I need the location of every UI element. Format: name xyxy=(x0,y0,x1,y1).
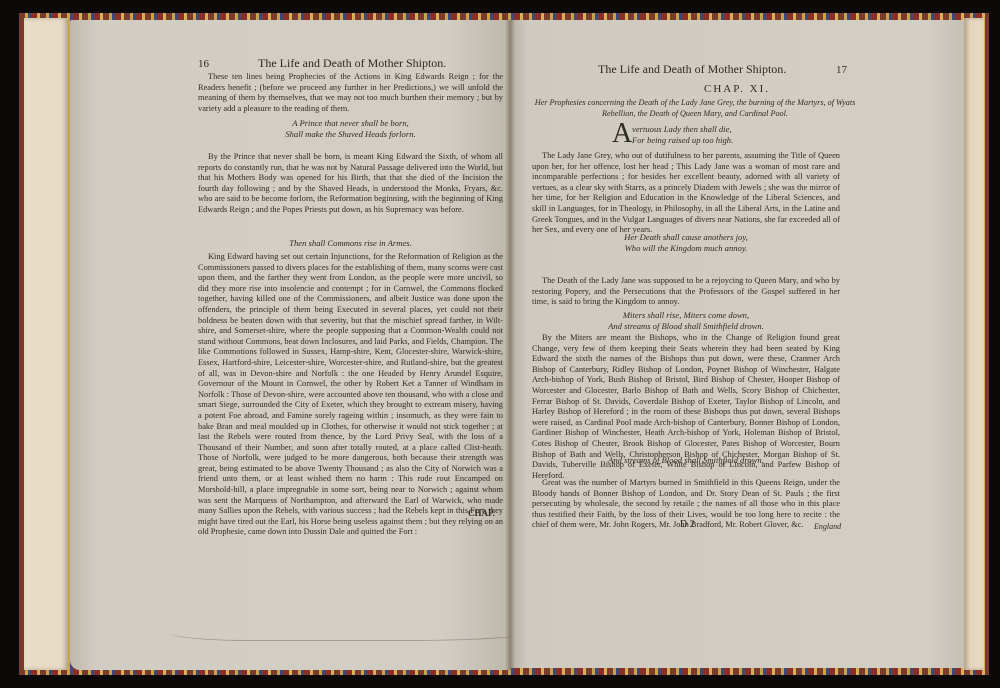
right-page: The Life and Death of Mother Shipton. 17… xyxy=(510,20,964,668)
left-flyleaf xyxy=(24,18,68,670)
intro-paragraph: These ten lines being Prophecies of the … xyxy=(198,72,503,114)
verse-line: vertuous Lady then shall die, xyxy=(632,124,742,135)
running-head: The Life and Death of Mother Shipton. xyxy=(598,62,786,77)
verse-line: Then shall Commons rise in Armes. xyxy=(198,238,503,249)
verse-line: A Prince that never shall be born, xyxy=(198,118,503,129)
verse: vertuous Lady then shall die, For being … xyxy=(632,124,742,146)
paragraph: By the Prince that never shall be born, … xyxy=(198,152,503,216)
catchword: CHAP. xyxy=(468,508,495,518)
chapter-summary: Her Prophesies concerning the Death of t… xyxy=(530,98,860,120)
verse-line: And streams of Blood shall Smithfield dr… xyxy=(532,321,840,332)
paragraph: King Edward having set out certain Injun… xyxy=(198,252,503,538)
page-number: 17 xyxy=(836,64,847,76)
signature-mark: D 2 xyxy=(680,519,695,530)
verse-line: Miters shall rise, Miters come down, xyxy=(532,310,840,321)
paragraph: The Lady Jane Grey, who out of dutifulne… xyxy=(532,151,840,236)
verse: And streams of Blood shall Smithfield dr… xyxy=(532,455,840,466)
left-page: 16 The Life and Death of Mother Shipton.… xyxy=(70,20,510,670)
verse-line: Who will the Kingdom much annoy. xyxy=(532,243,840,254)
verse-line: For being raised up too high. xyxy=(632,135,742,146)
chapter-title: CHAP. XI. xyxy=(510,83,964,95)
right-flyleaf xyxy=(964,18,984,670)
verse-line: Her Death shall cause anothers joy, xyxy=(532,232,840,243)
verse: A Prince that never shall be born, Shall… xyxy=(198,118,503,140)
verse: Her Death shall cause anothers joy, Who … xyxy=(532,232,840,254)
book-gutter xyxy=(505,20,515,670)
verse: Miters shall rise, Miters come down, And… xyxy=(532,310,840,332)
verse-line: And streams of Blood shall Smithfield dr… xyxy=(532,455,840,466)
running-head: The Life and Death of Mother Shipton. xyxy=(258,56,446,71)
page-number: 16 xyxy=(198,58,209,70)
catchword: England xyxy=(814,522,841,531)
drop-cap: A xyxy=(612,120,632,148)
paragraph: The Death of the Lady Jane was supposed … xyxy=(532,276,840,308)
verse-line: Shall make the Shaved Heads forlorn. xyxy=(198,129,503,140)
verse: Then shall Commons rise in Armes. xyxy=(198,238,503,249)
